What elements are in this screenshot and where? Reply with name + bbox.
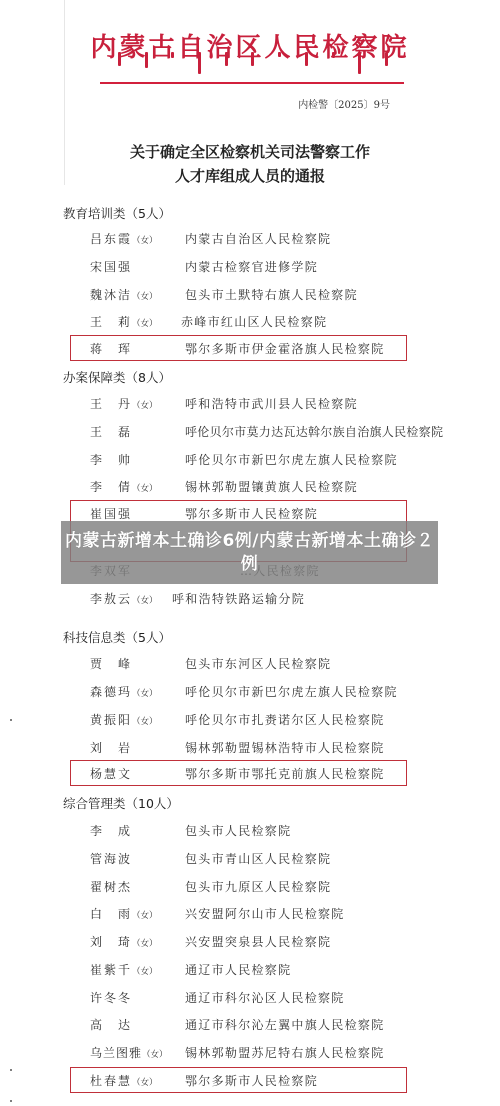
scan-speck [10,1100,12,1102]
notice-title-line2: 人才库组成人员的通报 [0,164,500,188]
section-title-case-support: 办案保障类（8人） [63,368,171,386]
section-title-tech-info: 科技信息类（5人） [63,628,171,646]
section-title-general-mgmt: 综合管理类（10人） [63,794,179,812]
section-title-education: 教育培训类（5人） [63,204,171,222]
scan-speck [10,719,12,721]
scan-speck [10,1069,12,1071]
headline-overlay-banner: 内蒙古新增本土确诊6例/内蒙古新增本土确诊２例 [61,521,438,584]
notice-title: 关于确定全区检察机关司法警察工作 人才库组成人员的通报 [0,140,500,188]
document-number: 内检警〔2025〕9号 [298,96,390,111]
notice-title-line1: 关于确定全区检察机关司法警察工作 [0,140,500,164]
header-red-rule [100,82,404,84]
mongolian-script-row [118,52,388,76]
